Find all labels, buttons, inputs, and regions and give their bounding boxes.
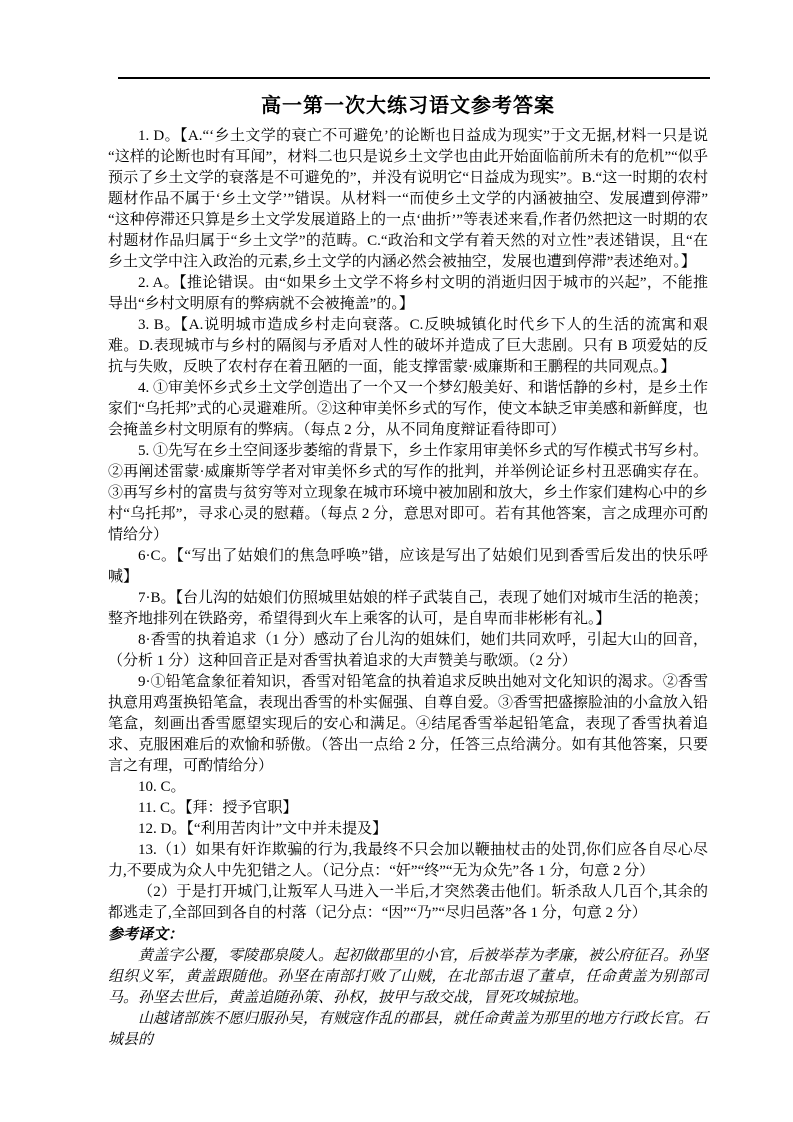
answer-10: 10. C。: [108, 777, 708, 798]
answer-12: 12. D。【“利用苦肉计”文中并未提及】: [108, 819, 708, 840]
answer-sheet-page: { "page": { "title": "高一第一次大练习语文参考答案", "…: [0, 0, 793, 1122]
answer-9: 9·①铅笔盒象征着知识，香雪对铅笔盒的执着追求反映出她对文化知识的渴求。②香雪执…: [108, 672, 708, 777]
answer-8: 8·香雪的执着追求（1 分）感动了台儿沟的姐妹们，她们共同欢呼，引起大山的回音，…: [108, 630, 708, 672]
translation-heading: 参考译文：: [108, 924, 708, 945]
answer-4: 4. ①审美怀乡式乡土文学创造出了一个又一个梦幻般美好、和谐恬静的乡村，是乡土作…: [108, 378, 708, 441]
answer-11: 11. C。【拜：授予官职】: [108, 798, 708, 819]
answer-2: 2. A。【推论错误。由“如果乡土文学不将乡村文明的消逝归因于城市的兴起”，不能…: [108, 273, 708, 315]
document-body: 1. D。【A.“‘乡土文学的衰亡不可避免’的论断也日益成为现实”于文无据,材料…: [108, 126, 708, 1050]
document-page: 高一第一次大练习语文参考答案 1. D。【A.“‘乡土文学的衰亡不可避免’的论断…: [0, 0, 793, 1122]
answer-7: 7·B。【台儿沟的姑娘们仿照城里姑娘的样子武装自己，表现了她们对城市生活的艳羡；…: [108, 588, 708, 630]
page-title: 高一第一次大练习语文参考答案: [108, 93, 708, 119]
answer-13-1: 13.（1）如果有奸诈欺骗的行为,我最终不只会加以鞭抽杖击的处罚,你们应各自尽心…: [108, 840, 708, 882]
answer-1: 1. D。【A.“‘乡土文学的衰亡不可避免’的论断也日益成为现实”于文无据,材料…: [108, 126, 708, 273]
answer-13-2: （2）于是打开城门,让叛军人马进入一半后,才突然袭击他们。斩杀敌人几百个,其余的…: [108, 882, 708, 924]
answer-5: 5. ①先写在乡土空间逐步萎缩的背景下，乡土作家用审美怀乡式的写作模式书写乡村。…: [108, 441, 708, 546]
translation-paragraph-2: 山越诸部族不愿归服孙吴，有贼寇作乱的郡县，就任命黄盖为那里的地方行政长官。石城县…: [108, 1008, 708, 1050]
answer-3: 3. B。【A.说明城市造成乡村走向衰落。C.反映城镇化时代乡下人的生活的流寓和…: [108, 315, 708, 378]
translation-paragraph-1: 黄盖字公覆，零陵郡泉陵人。起初做郡里的小官，后被举荐为孝廉，被公府征召。孙坚组织…: [108, 945, 708, 1008]
answer-6: 6·C。【“写出了姑娘们的焦急呼唤”错，应该是写出了姑娘们见到香雪后发出的快乐呼…: [108, 546, 708, 588]
header-rule: [118, 77, 710, 79]
